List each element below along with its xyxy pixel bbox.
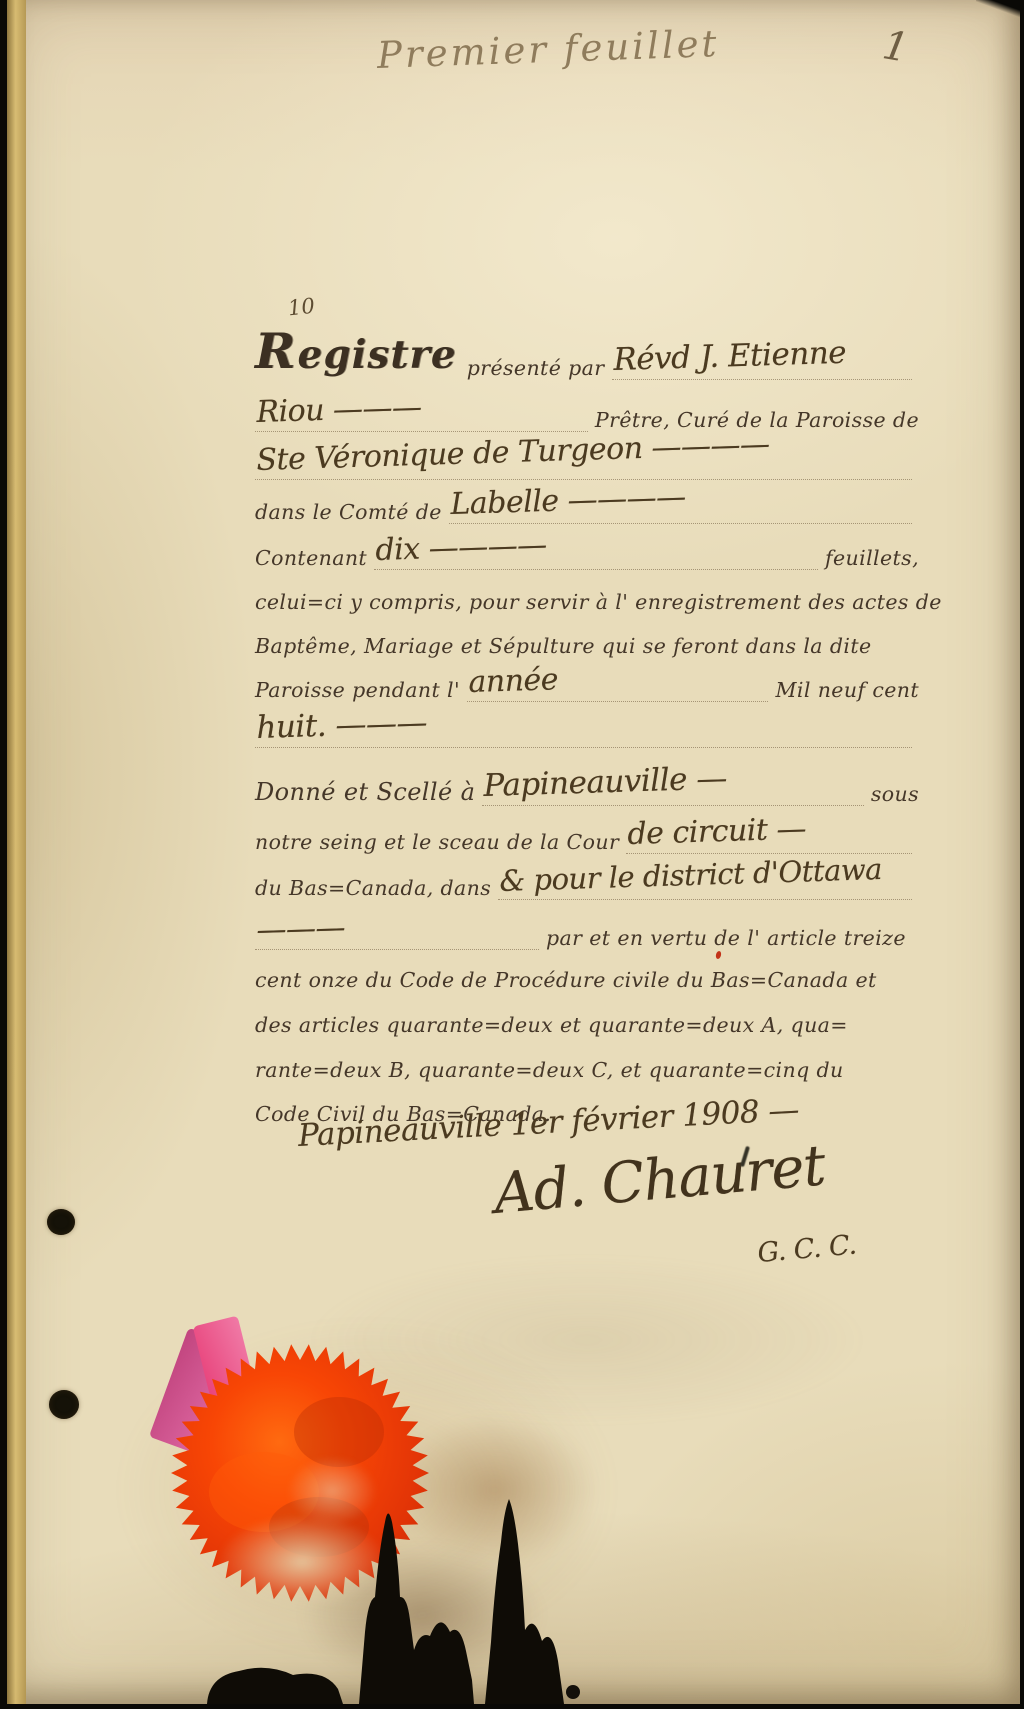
printed-text: du Bas=Canada, dans xyxy=(255,876,491,900)
printed-text: sous xyxy=(871,782,919,806)
burn-damage-icon xyxy=(7,1480,1024,1704)
printed-text: notre seing et le sceau de la Cour xyxy=(255,830,619,854)
handwritten-entry: Labelle ———— xyxy=(450,480,686,522)
fill-line: huit. ——— xyxy=(255,710,912,748)
form-line-10: Donné et Scellé à Papineauville — sous xyxy=(255,758,919,806)
printed-text: Donné et Scellé à xyxy=(255,778,475,806)
form-line-11: notre seing et le sceau de la Cour de ci… xyxy=(255,812,919,854)
form-line-9: huit. ——— xyxy=(255,704,919,748)
registre-ornate-word: Registre xyxy=(255,323,457,380)
fill-line: Riou ——— xyxy=(255,395,588,432)
handwritten-entry: Révd J. Etienne xyxy=(612,335,846,378)
fill-line: & pour le district d'Ottawa xyxy=(498,864,912,900)
handwritten-entry: dix ———— xyxy=(375,528,547,568)
punch-hole xyxy=(49,1390,79,1419)
signature-title: G. C. C. xyxy=(756,1229,857,1269)
folio-header-note: Premier feuillet xyxy=(376,22,720,77)
form-line-2: Riou ——— Prêtre, Curé de la Paroisse de xyxy=(255,388,919,432)
fill-line: dix ———— xyxy=(374,533,818,570)
fill-line: Ste Véronique de Turgeon ———— xyxy=(255,443,912,480)
printed-text: Mil neuf cent xyxy=(775,678,919,702)
margin-number: 10 xyxy=(287,294,316,321)
form-line-14: cent onze du Code de Procédure civile du… xyxy=(255,950,919,992)
page-number: 1 xyxy=(879,22,912,72)
printed-text: des articles quarante=deux et quarante=d… xyxy=(255,1013,848,1037)
printed-text: dans le Comté de xyxy=(255,500,442,524)
handwritten-entry: Ste Véronique de Turgeon ———— xyxy=(256,427,770,478)
form-line-16: rante=deux B, quarante=deux C, et quaran… xyxy=(255,1040,919,1082)
form-line-7: Baptême, Mariage et Sépulture qui se fer… xyxy=(255,616,919,658)
printed-text: cent onze du Code de Procédure civile du… xyxy=(255,968,877,992)
fill-line: Papineauville — xyxy=(482,768,864,806)
document-page: Premier feuillet 1 10 Registre présenté … xyxy=(7,0,1020,1704)
signature: Ad. Chauret xyxy=(491,1133,827,1227)
printed-text: par et en vertu de l' article treize xyxy=(546,926,906,950)
form-line-12: du Bas=Canada, dans & pour le district d… xyxy=(255,856,919,900)
handwritten-entry: huit. ——— xyxy=(256,705,428,746)
form-line-3: Ste Véronique de Turgeon ———— xyxy=(255,434,919,480)
form-line-5: Contenant dix ———— feuillets, xyxy=(255,526,919,570)
printed-text: celui=ci y compris, pour servir à l' enr… xyxy=(255,590,942,614)
handwritten-entry: Papineauville — xyxy=(483,760,727,804)
form-line-13: ——— par et en vertu de l' article treize xyxy=(255,906,919,950)
handwritten-entry: Riou ——— xyxy=(256,390,422,430)
fill-line: Labelle ———— xyxy=(449,487,912,524)
fill-line: de circuit — xyxy=(626,817,912,854)
printed-text: rante=deux B, quarante=deux C, et quaran… xyxy=(255,1058,844,1082)
fill-line: ——— xyxy=(255,913,539,950)
form-line-15: des articles quarante=deux et quarante=d… xyxy=(255,995,919,1037)
gilt-book-edge xyxy=(7,0,26,1704)
printed-text: présenté par xyxy=(467,356,605,380)
printed-text: Baptême, Mariage et Sépulture qui se fer… xyxy=(255,634,872,658)
handwritten-entry: & pour le district d'Ottawa xyxy=(499,852,883,898)
printed-text: Paroisse pendant l' xyxy=(255,678,460,702)
form-line-6: celui=ci y compris, pour servir à l' enr… xyxy=(255,572,919,614)
printed-text: Contenant xyxy=(255,546,367,570)
form-line-8: Paroisse pendant l' année Mil neuf cent xyxy=(255,660,919,702)
form-line-4: dans le Comté de Labelle ———— xyxy=(255,482,919,524)
handwritten-entry: année xyxy=(468,662,559,700)
form-line-1: Registre présenté par Révd J. Etienne xyxy=(255,322,919,380)
punch-hole xyxy=(47,1209,75,1235)
scan-corner-shadow xyxy=(976,0,1020,18)
handwritten-entry: de circuit — xyxy=(627,811,807,852)
printed-text: feuillets, xyxy=(825,546,919,570)
fill-line: année xyxy=(467,665,768,702)
fill-line: Révd J. Etienne xyxy=(612,342,913,380)
handwritten-dash: ——— xyxy=(256,910,346,948)
